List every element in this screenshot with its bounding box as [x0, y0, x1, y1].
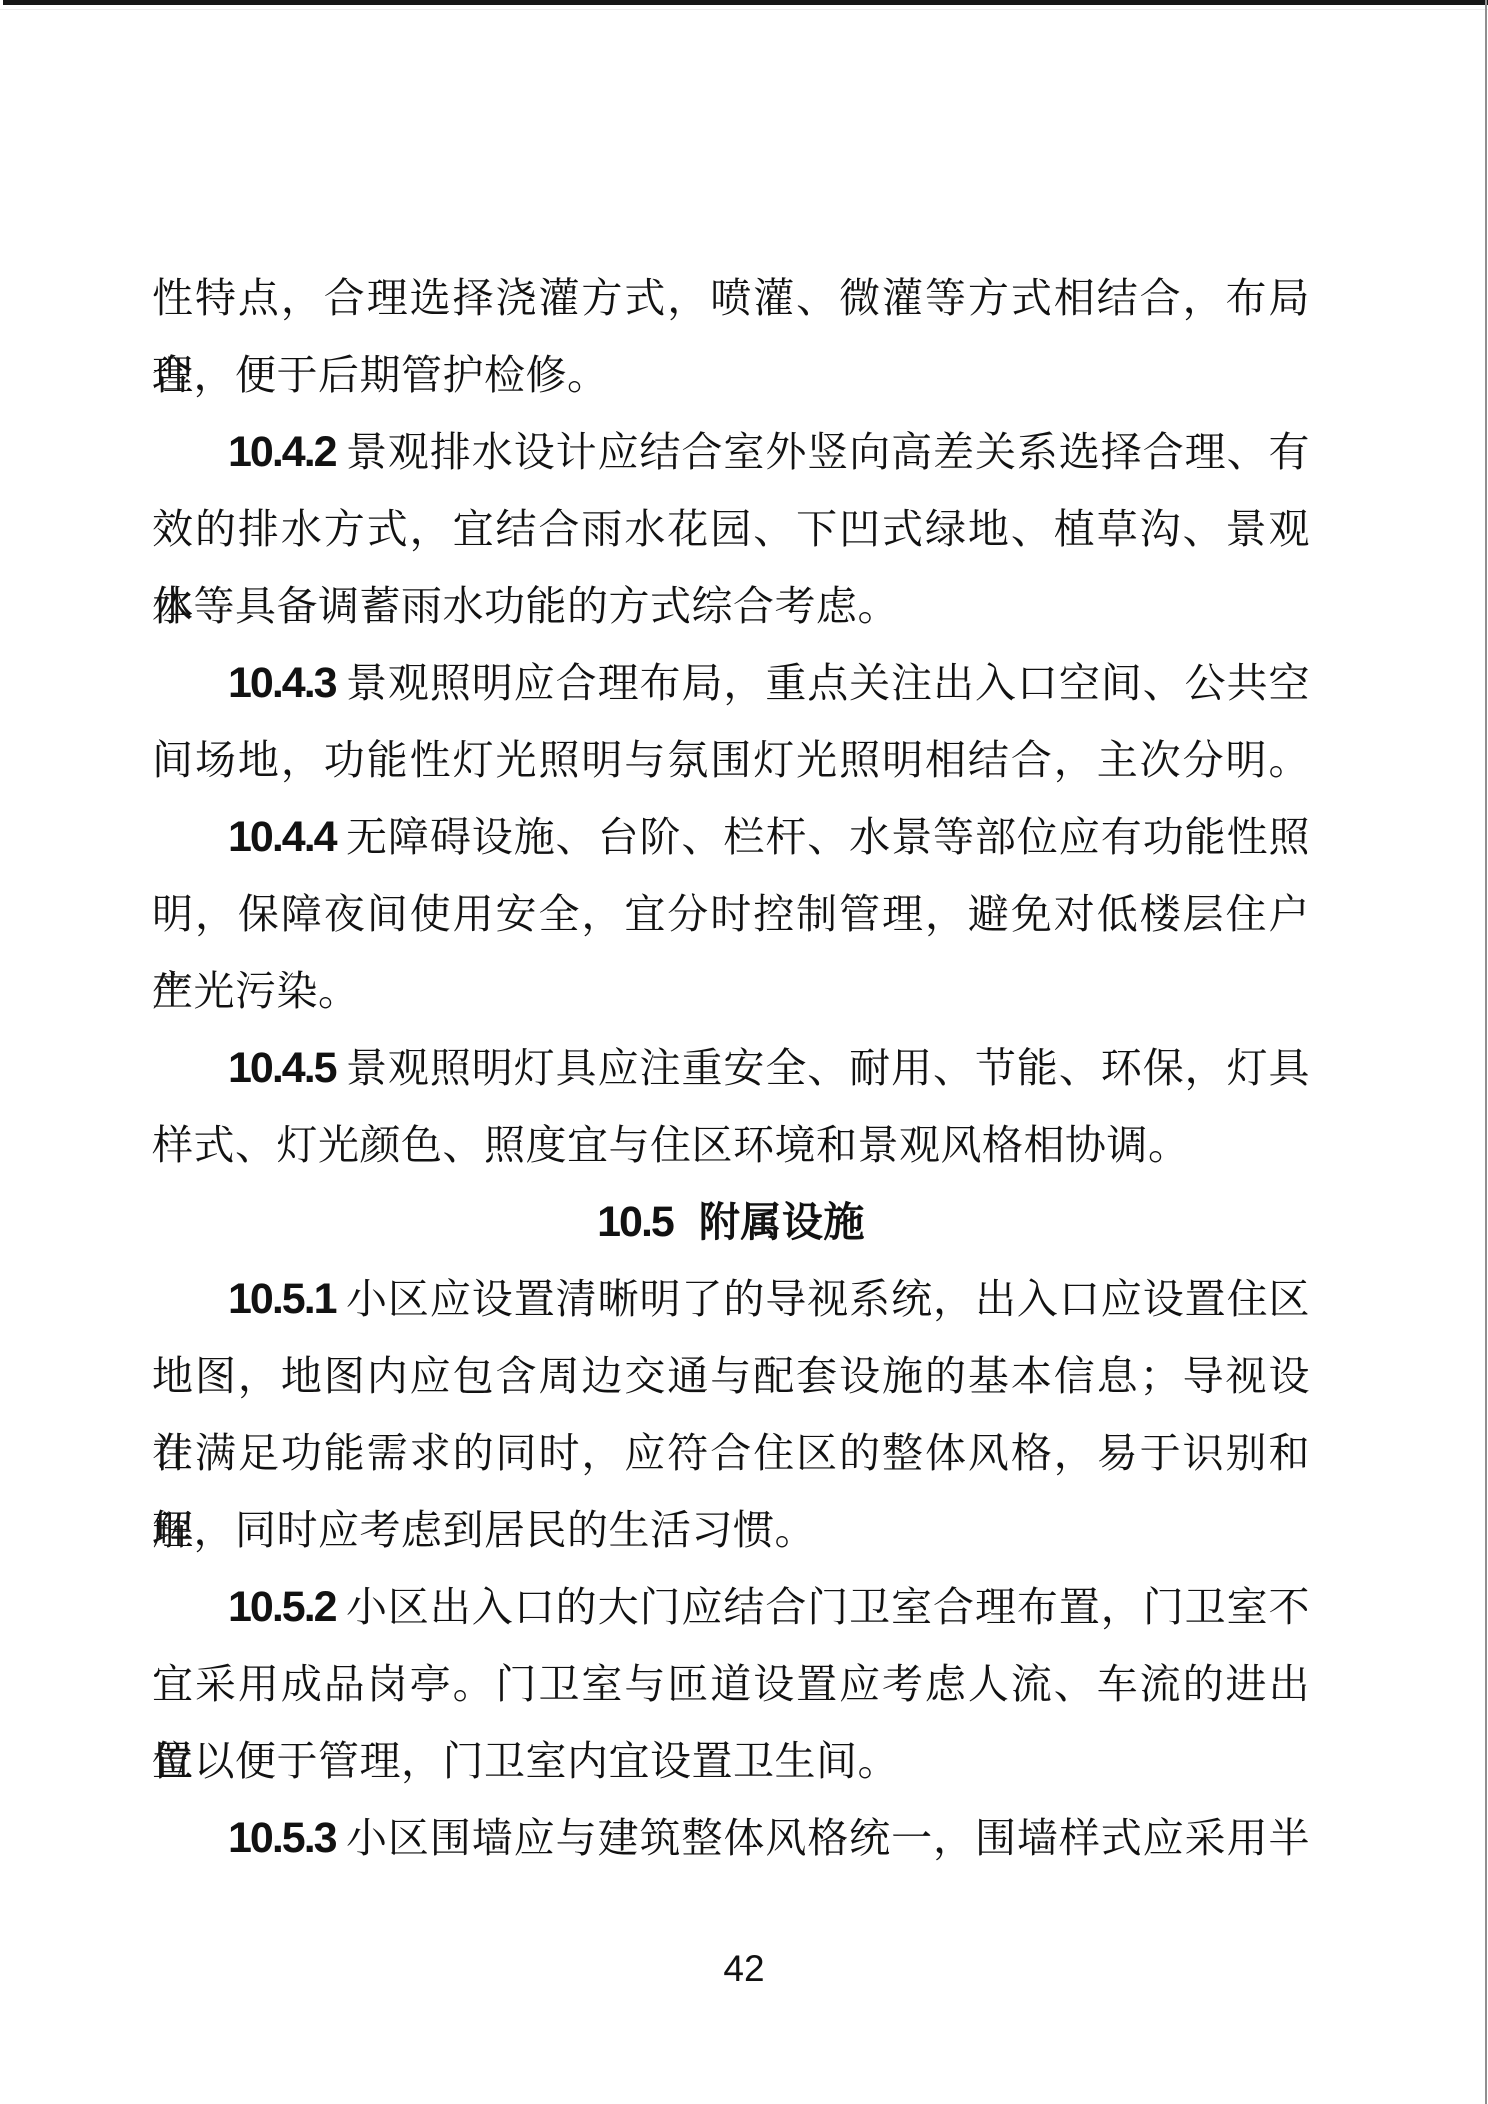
- text-line: 宜采用成品岗亭。门卫室与匝道设置应考虑人流、车流的进出位: [152, 1646, 1310, 1723]
- line-text: 生光污染。: [152, 968, 360, 1014]
- text-line: 理，便于后期管护检修。: [152, 337, 1310, 414]
- clause-number: 10.5.1: [228, 1275, 336, 1323]
- text-line: 10.5.3小区围墙应与建筑整体风格统一，围墙样式应采用半: [152, 1800, 1310, 1877]
- line-text: 小区围墙应与建筑整体风格统一，围墙样式应采用半: [346, 1815, 1310, 1861]
- clause-number: 10.4.2: [228, 428, 336, 476]
- clause-number: 10.4.5: [228, 1044, 336, 1092]
- line-text: 样式、灯光颜色、照度宜与住区环境和景观风格相协调。: [152, 1122, 1190, 1168]
- line-text: 景观排水设计应结合室外竖向高差关系选择合理、有: [346, 429, 1310, 475]
- line-text: 解，同时应考虑到居民的生活习惯。: [152, 1507, 816, 1553]
- line-text: 小区出入口的大门应结合门卫室合理布置，门卫室不: [346, 1584, 1310, 1630]
- text-line: 10.4.5景观照明灯具应注重安全、耐用、节能、环保，灯具: [152, 1030, 1310, 1107]
- clause-number: 10.4.4: [228, 813, 336, 861]
- line-text: 体等具备调蓄雨水功能的方式综合考虑。: [152, 583, 899, 629]
- line-text: 景观照明灯具应注重安全、耐用、节能、环保，灯具: [346, 1045, 1310, 1091]
- line-text: 置以便于管理，门卫室内宜设置卫生间。: [152, 1738, 899, 1784]
- content: 性特点，合理选择浇灌方式，喷灌、微灌等方式相结合，布局合理，便于后期管护检修。1…: [152, 260, 1310, 1877]
- line-text: 景观照明应合理布局，重点关注出入口空间、公共空: [346, 660, 1310, 706]
- section-heading: 10.5附属设施: [152, 1184, 1310, 1261]
- text-line: 地图，地图内应包含周边交通与配套设施的基本信息；导视设计: [152, 1338, 1310, 1415]
- clause-number: 10.5.2: [228, 1583, 336, 1631]
- text-line: 10.4.4无障碍设施、台阶、栏杆、水景等部位应有功能性照: [152, 799, 1310, 876]
- text-line: 间场地，功能性灯光照明与氛围灯光照明相结合，主次分明。: [152, 722, 1310, 799]
- text-line: 在满足功能需求的同时，应符合住区的整体风格，易于识别和理: [152, 1415, 1310, 1492]
- text-line: 体等具备调蓄雨水功能的方式综合考虑。: [152, 568, 1310, 645]
- right-page-edge-line: [1485, 0, 1487, 2104]
- line-text: 间场地，功能性灯光照明与氛围灯光照明相结合，主次分明。: [152, 737, 1310, 783]
- text-line: 置以便于管理，门卫室内宜设置卫生间。: [152, 1723, 1310, 1800]
- text-line: 10.5.1小区应设置清晰明了的导视系统，出入口应设置住区: [152, 1261, 1310, 1338]
- clause-number: 10.4.3: [228, 659, 336, 707]
- text-line: 性特点，合理选择浇灌方式，喷灌、微灌等方式相结合，布局合: [152, 260, 1310, 337]
- text-line: 10.4.2景观排水设计应结合室外竖向高差关系选择合理、有: [152, 414, 1310, 491]
- line-text: 附属设施: [699, 1199, 865, 1245]
- line-text: 无障碍设施、台阶、栏杆、水景等部位应有功能性照: [346, 814, 1310, 860]
- top-hairline: [0, 9, 1488, 10]
- text-line: 生光污染。: [152, 953, 1310, 1030]
- text-line: 效的排水方式，宜结合雨水花园、下凹式绿地、植草沟、景观水: [152, 491, 1310, 568]
- text-line: 样式、灯光颜色、照度宜与住区环境和景观风格相协调。: [152, 1107, 1310, 1184]
- line-text: 小区应设置清晰明了的导视系统，出入口应设置住区: [346, 1276, 1310, 1322]
- text-line: 10.5.2小区出入口的大门应结合门卫室合理布置，门卫室不: [152, 1569, 1310, 1646]
- line-text: 理，便于后期管护检修。: [152, 352, 609, 398]
- document-page: 性特点，合理选择浇灌方式，喷灌、微灌等方式相结合，布局合理，便于后期管护检修。1…: [0, 0, 1488, 2104]
- page-number: 42: [0, 1948, 1488, 1990]
- clause-number: 10.5.3: [228, 1814, 336, 1862]
- clause-number: 10.5: [597, 1198, 673, 1246]
- top-border-bar: [3, 0, 1488, 5]
- text-line: 解，同时应考虑到居民的生活习惯。: [152, 1492, 1310, 1569]
- text-line: 明，保障夜间使用安全，宜分时控制管理，避免对低楼层住户产: [152, 876, 1310, 953]
- text-line: 10.4.3景观照明应合理布局，重点关注出入口空间、公共空: [152, 645, 1310, 722]
